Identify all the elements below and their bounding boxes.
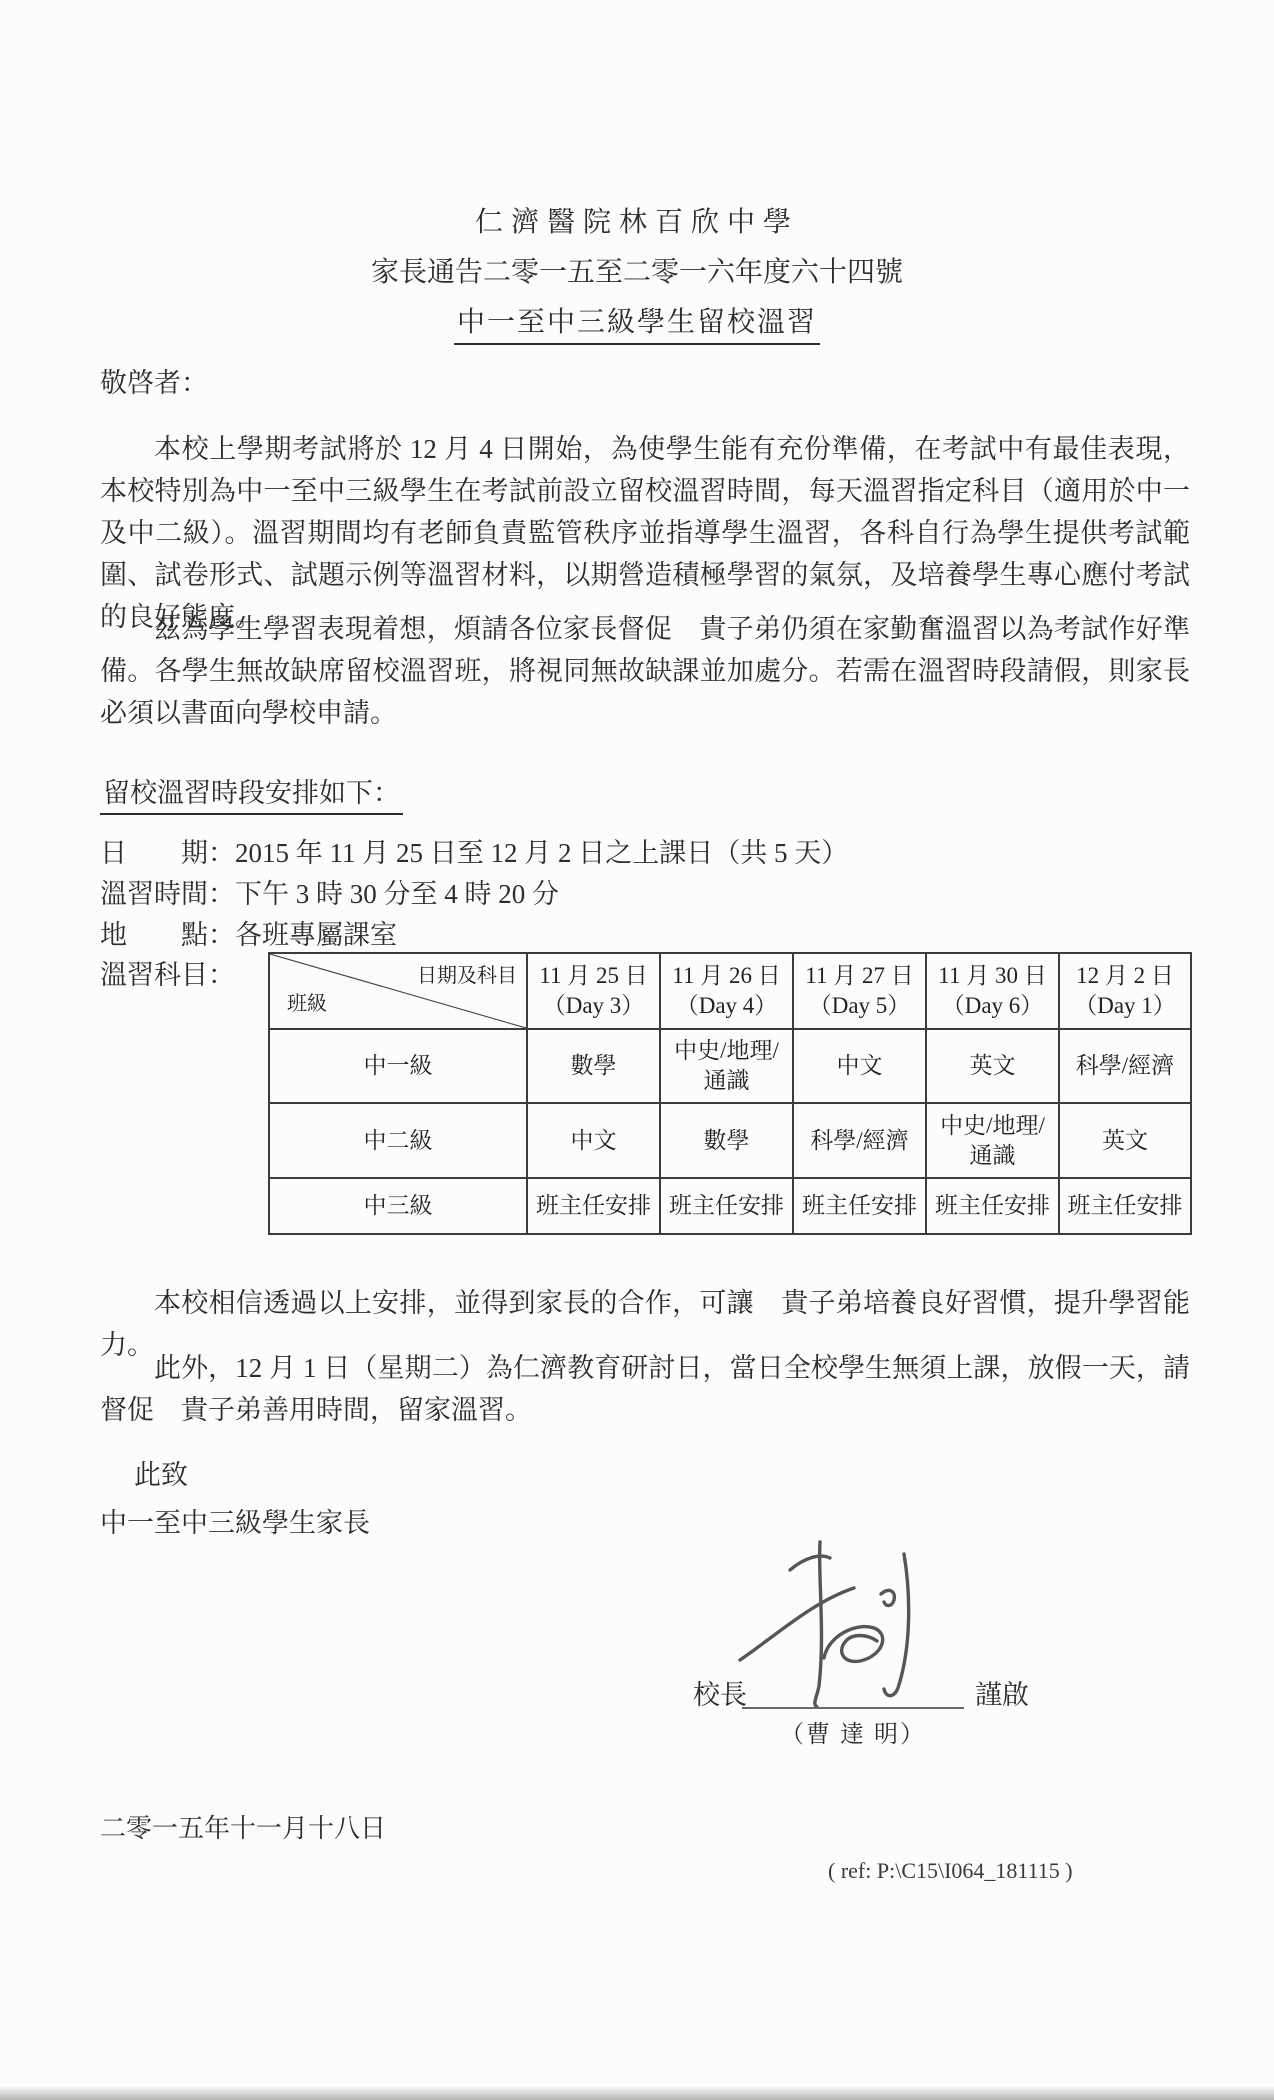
closing-cizhi: 此致: [134, 1458, 188, 1492]
paragraph-parents-reminder: 茲為學生學習表現着想，煩請各位家長督促 貴子弟仍須在家勤奮溫習以為考試作好準備。…: [100, 608, 1190, 734]
schedule-cell: 中史/地理/通識: [660, 1029, 793, 1103]
corner-class-label: 班級: [287, 989, 327, 1019]
table-row-form1: 中一級 數學 中史/地理/通識 中文 英文 科學/經濟: [269, 1029, 1191, 1103]
schedule-cell: 數學: [527, 1029, 660, 1103]
column-day: （Day 1）: [1066, 991, 1184, 1021]
column-header-nov30: 11 月 30 日 （Day 6）: [926, 953, 1059, 1029]
revision-schedule-table: 日期及科目 班級 11 月 25 日 （Day 3） 11 月 26 日 （Da…: [268, 952, 1192, 1235]
column-day: （Day 5）: [800, 991, 919, 1021]
venue-line: 地 點：各班專屬課室: [100, 918, 397, 952]
schedule-cell: 中文: [527, 1103, 660, 1178]
column-day: （Day 6）: [933, 991, 1052, 1021]
salutation: 敬啓者：: [100, 366, 208, 400]
column-date: 11 月 30 日: [933, 961, 1052, 991]
closing-recipients: 中一至中三級學生家長: [100, 1506, 370, 1540]
time-line: 溫習時間：下午 3 時 30 分至 4 時 20 分: [100, 877, 559, 911]
table-row-form2: 中二級 中文 數學 科學/經濟 中史/地理/通識 英文: [269, 1103, 1191, 1178]
schedule-cell: 班主任安排: [1059, 1178, 1191, 1234]
paragraph-education-seminar-day: 此外，12 月 1 日（星期二）為仁濟教育研討日，當日全校學生無須上課，放假一天…: [100, 1347, 1190, 1431]
scanned-notice-page: 仁濟醫院林百欣中學 家長通告二零一五至二零一六年度六十四號 中一至中三級學生留校…: [0, 0, 1274, 2100]
schedule-cell: 班主任安排: [793, 1178, 926, 1234]
notice-subject-text: 中一至中三級學生留校溫習: [454, 300, 820, 345]
column-header-nov26: 11 月 26 日 （Day 4）: [660, 953, 793, 1029]
schedule-cell: 數學: [660, 1103, 793, 1178]
schedule-cell: 中文: [793, 1029, 926, 1103]
table-corner-cell: 日期及科目 班級: [269, 953, 527, 1029]
notice-subject: 中一至中三級學生留校溫習: [92, 300, 1182, 345]
respectfully-label: 謹啟: [975, 1678, 1029, 1712]
column-day: （Day 3）: [534, 991, 653, 1021]
column-header-nov27: 11 月 27 日 （Day 5）: [793, 953, 926, 1029]
schedule-cell: 班主任安排: [527, 1178, 660, 1234]
notice-number: 家長通告二零一五至二零一六年度六十四號: [92, 250, 1182, 290]
form-label: 中三級: [269, 1178, 527, 1234]
column-date: 11 月 25 日: [534, 961, 653, 991]
form-label: 中二級: [269, 1103, 527, 1178]
subjects-label: 溫習科目：: [100, 958, 235, 992]
form-label: 中一級: [269, 1029, 527, 1103]
column-date: 12 月 2 日: [1066, 961, 1184, 991]
column-header-nov25: 11 月 25 日 （Day 3）: [527, 953, 660, 1029]
column-header-dec2: 12 月 2 日 （Day 1）: [1059, 953, 1191, 1029]
schedule-cell: 科學/經濟: [1059, 1029, 1191, 1103]
schedule-cell: 班主任安排: [926, 1178, 1059, 1234]
column-date: 11 月 26 日: [667, 961, 786, 991]
principal-name: （曹 達 明）: [742, 1714, 964, 1749]
paragraph-exam-revision: 本校上學期考試將於 12 月 4 日開始，為使學生能有充份準備，在考試中有最佳表…: [100, 428, 1190, 638]
school-name: 仁濟醫院林百欣中學: [92, 200, 1182, 240]
scan-edge-shadow: [0, 2086, 1274, 2100]
schedule-cell: 科學/經濟: [793, 1103, 926, 1178]
principal-label: 校長: [693, 1678, 747, 1712]
table-row-form3: 中三級 班主任安排 班主任安排 班主任安排 班主任安排 班主任安排: [269, 1178, 1191, 1234]
date-line: 日 期：2015 年 11 月 25 日至 12 月 2 日之上課日（共 5 天…: [100, 836, 848, 870]
corner-date-subject-label: 日期及科目: [417, 961, 517, 991]
schedule-cell: 英文: [1059, 1103, 1191, 1178]
ref-number: ( ref: P:\C15\I064_181115 ): [828, 1858, 1073, 1884]
arrangement-heading-text: 留校溫習時段安排如下：: [100, 776, 403, 815]
schedule-cell: 中史/地理/通識: [926, 1103, 1059, 1178]
signature-line: [742, 1680, 964, 1709]
arrangement-heading: 留校溫習時段安排如下：: [100, 776, 403, 815]
schedule-cell: 英文: [926, 1029, 1059, 1103]
column-day: （Day 4）: [667, 991, 786, 1021]
schedule-cell: 班主任安排: [660, 1178, 793, 1234]
column-date: 11 月 27 日: [800, 961, 919, 991]
issue-date: 二零一五年十一月十八日: [100, 1808, 386, 1845]
